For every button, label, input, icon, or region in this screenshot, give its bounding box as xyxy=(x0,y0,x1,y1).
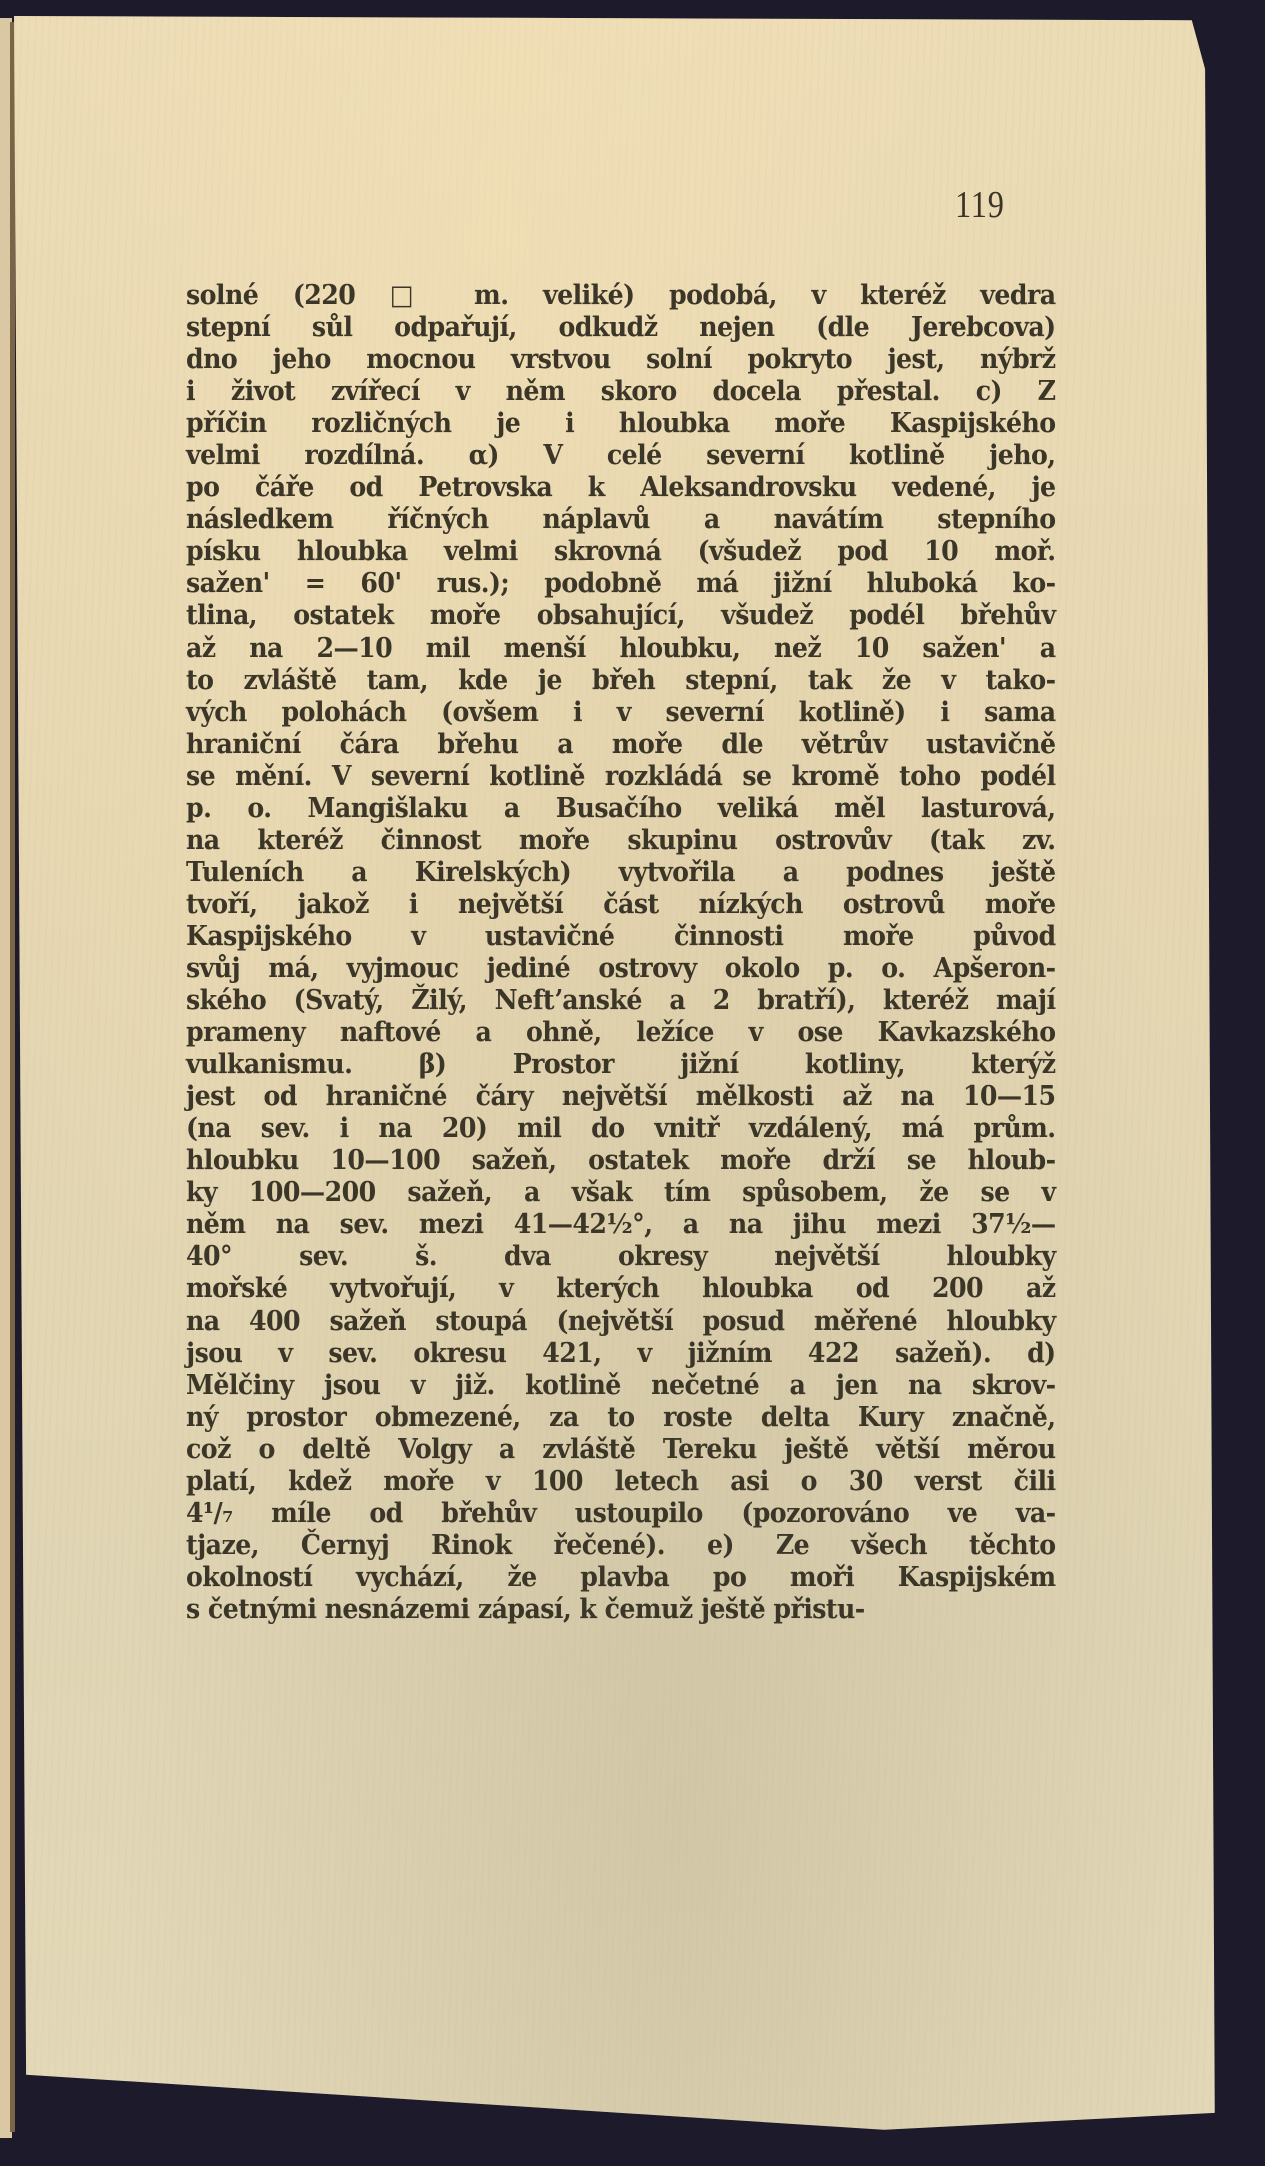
text-line: to zvláště tam, kde je břeh stepní, tak … xyxy=(186,665,1056,697)
text-line: jsou v sev. okresu 421, v jižním 422 saž… xyxy=(186,1338,1056,1370)
text-line: svůj má, vyjmouc jediné ostrovy okolo p.… xyxy=(186,953,1056,985)
text-line: což o deltě Volgy a zvláště Tereku ještě… xyxy=(186,1434,1056,1466)
text-line: něm na sev. mezi 41—42½°, a na jihu mezi… xyxy=(186,1209,1056,1241)
text-line: příčin rozličných je i hloubka moře Kasp… xyxy=(186,408,1056,440)
text-line: Mělčiny jsou v již. kotlině nečetné a je… xyxy=(186,1370,1056,1402)
text-line: tvoří, jakož i největší část nízkých ost… xyxy=(186,889,1056,921)
text-line: hraniční čára břehu a moře dle větrův us… xyxy=(186,729,1056,761)
text-line: jest od hraničné čáry největší mělkosti … xyxy=(186,1081,1056,1113)
text-line: p. o. Mangišlaku a Busačího veliká měl l… xyxy=(186,793,1056,825)
page-number: 119 xyxy=(955,183,1005,227)
text-line: na kteréž činnost moře skupinu ostrovův … xyxy=(186,825,1056,857)
text-line: vulkanismu. β) Prostor jižní kotliny, kt… xyxy=(186,1049,1056,1081)
text-line: po čáře od Petrovska k Aleksandrovsku ve… xyxy=(186,472,1056,504)
text-line: 40° sev. š. dva okresy největší hloubky xyxy=(186,1241,1056,1273)
text-line: následkem říčných náplavů a navátím step… xyxy=(186,504,1056,536)
page-body-text: solné (220 □ m. veliké) podobá, v kteréž… xyxy=(186,280,1056,1626)
text-line: až na 2—10 mil menší hloubku, než 10 saž… xyxy=(186,633,1056,665)
text-line: s četnými nesnázemi zápasí, k čemuž ješt… xyxy=(186,1594,1056,1626)
text-line: tjaze, Černyj Rinok řečené). e) Ze všech… xyxy=(186,1530,1056,1562)
text-line: dno jeho mocnou vrstvou solní pokryto je… xyxy=(186,344,1056,376)
text-line: 4¹/₇ míle od břehův ustoupilo (pozorován… xyxy=(186,1498,1056,1530)
text-line: na 400 sažeň stoupá (největší posud měře… xyxy=(186,1306,1056,1338)
text-line: solné (220 □ m. veliké) podobá, v kteréž… xyxy=(186,280,1056,312)
text-line: mořské vytvořují, v kterých hloubka od 2… xyxy=(186,1273,1056,1305)
text-line: okolností vychází, že plavba po moři Kas… xyxy=(186,1562,1056,1594)
book-spine-edge xyxy=(10,22,15,2132)
text-line: se mění. V severní kotlině rozkládá se k… xyxy=(186,761,1056,793)
text-line: vých polohách (ovšem i v severní kotlině… xyxy=(186,697,1056,729)
text-line: i život zvířecí v něm skoro docela přest… xyxy=(186,376,1056,408)
text-line: velmi rozdílná. α) V celé severní kotlin… xyxy=(186,440,1056,472)
text-line: tlina, ostatek moře obsahující, všudež p… xyxy=(186,600,1056,632)
text-line: prameny naftové a ohně, ležíce v ose Kav… xyxy=(186,1017,1056,1049)
text-line: Kaspijského v ustavičné činnosti moře pů… xyxy=(186,921,1056,953)
text-line: (na sev. i na 20) mil do vnitř vzdálený,… xyxy=(186,1113,1056,1145)
text-line: sažen' = 60' rus.); podobně má jižní hlu… xyxy=(186,568,1056,600)
text-line: hloubku 10—100 sažeň, ostatek moře drží … xyxy=(186,1145,1056,1177)
text-line: ný prostor obmezené, za to roste delta K… xyxy=(186,1402,1056,1434)
text-line: stepní sůl odpařují, odkudž nejen (dle J… xyxy=(186,312,1056,344)
text-line: ského (Svatý, Žilý, Neftʼanské a 2 bratř… xyxy=(186,985,1056,1017)
text-line: písku hloubka velmi skrovná (všudež pod … xyxy=(186,536,1056,568)
text-line: platí, kdež moře v 100 letech asi o 30 v… xyxy=(186,1466,1056,1498)
text-line: ky 100—200 sažeň, a však tím spůsobem, ž… xyxy=(186,1177,1056,1209)
text-line: Tuleních a Kirelských) vytvořila a podne… xyxy=(186,857,1056,889)
